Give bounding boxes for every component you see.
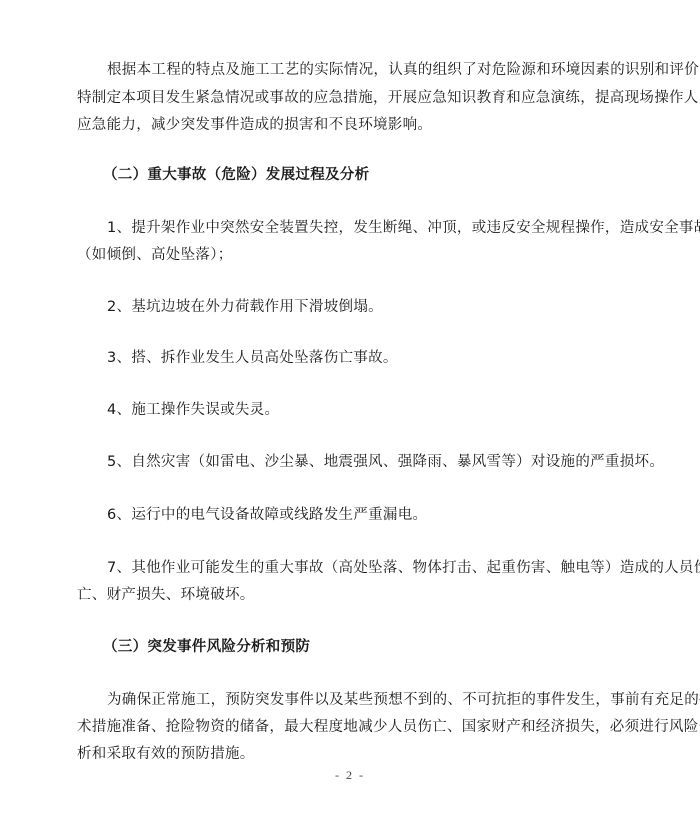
- section-heading-major-accidents: （二）重大事故（危险）发展过程及分析: [103, 165, 673, 185]
- intro-paragraph-line: 根据本工程的特点及施工工艺的实际情况，认真的组织了对危险源和环境因素的识别和评价…: [107, 60, 647, 80]
- risk-paragraph-line: 术措施准备、抢险物资的储备，最大程度地减少人员伤亡、国家财产和经济损失，必须进行…: [77, 717, 647, 737]
- list-item-6: 6、运行中的电气设备故障或线路发生严重漏电。: [107, 505, 647, 525]
- intro-paragraph-line: 应急能力，减少突发事件造成的损害和不良环境影响。: [77, 115, 647, 135]
- list-item-5: 5、自然灾害（如雷电、沙尘暴、地震强风、强降雨、暴风雪等）对设施的严重损坏。: [107, 452, 647, 472]
- list-item-1-line: （如倾倒、高处坠落）；: [77, 245, 647, 265]
- list-item-1-line: 1、提升架作业中突然安全装置失控，发生断绳、冲顶，或违反安全规程操作，造成安全事…: [107, 218, 647, 238]
- risk-paragraph-line: 析和采取有效的预防措施。: [77, 744, 647, 764]
- page-number: - 2 -: [0, 768, 700, 783]
- intro-paragraph-line: 特制定本项目发生紧急情况或事故的应急措施，开展应急知识教育和应急演练，提高现场操…: [77, 88, 647, 108]
- list-item-7-line: 亡、财产损失、环境破坏。: [77, 585, 647, 605]
- list-item-2: 2、基坑边坡在外力荷载作用下滑坡倒塌。: [107, 297, 647, 317]
- list-item-3: 3、搭、拆作业发生人员高处坠落伤亡事故。: [107, 348, 647, 368]
- section-heading-risk-analysis: （三）突发事件风险分析和预防: [103, 637, 673, 657]
- list-item-7-line: 7、其他作业可能发生的重大事故（高处坠落、物体打击、起重伤害、触电等）造成的人员…: [107, 558, 647, 578]
- document-page: 根据本工程的特点及施工工艺的实际情况，认真的组织了对危险源和环境因素的识别和评价…: [0, 0, 700, 831]
- risk-paragraph-line: 为确保正常施工，预防突发事件以及某些预想不到的、不可抗拒的事件发生，事前有充足的…: [107, 690, 647, 710]
- list-item-4: 4、施工操作失误或失灵。: [107, 400, 647, 420]
